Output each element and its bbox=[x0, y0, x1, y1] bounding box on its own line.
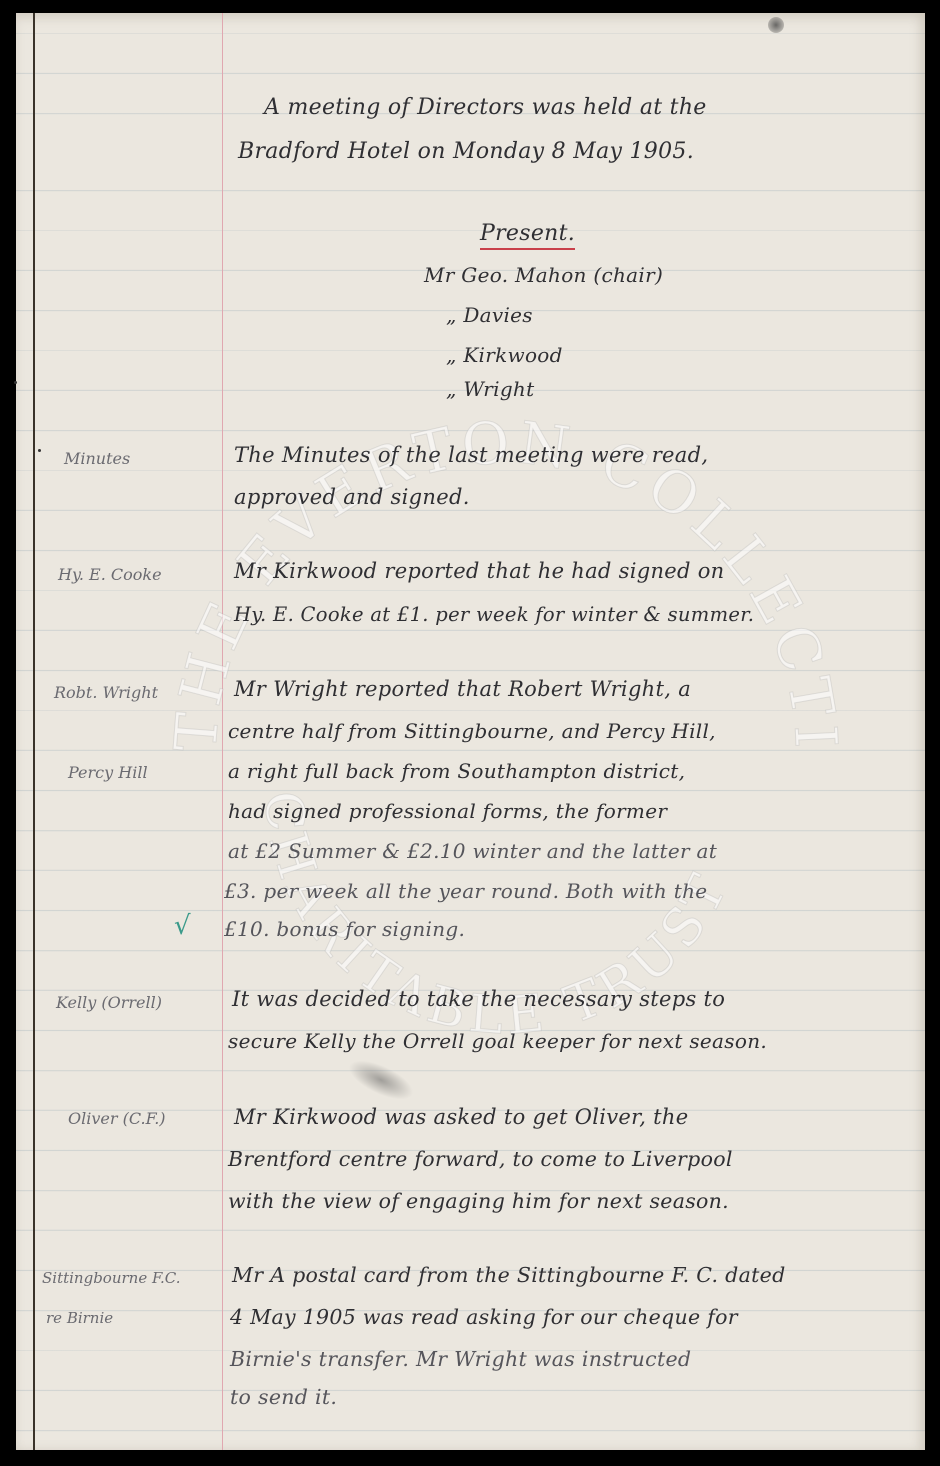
margin-note-re-birnie: re Birnie bbox=[46, 1309, 113, 1327]
red-margin-rule bbox=[222, 13, 223, 1450]
present-heading: Present. bbox=[480, 221, 575, 246]
entry-line: at £2 Summer & £2.10 winter and the latt… bbox=[228, 839, 717, 863]
margin-note-kelly: Kelly (Orrell) bbox=[56, 993, 162, 1012]
entry-line: approved and signed. bbox=[234, 485, 470, 509]
entry-line: secure Kelly the Orrell goal keeper for … bbox=[228, 1029, 767, 1053]
entry-line: Mr A postal card from the Sittingbourne … bbox=[232, 1263, 786, 1287]
entry-line: with the view of engaging him for next s… bbox=[228, 1189, 729, 1213]
margin-note-minutes: Minutes bbox=[64, 449, 130, 468]
check-mark-icon: √ bbox=[174, 911, 191, 941]
entry-line: to send it. bbox=[230, 1385, 337, 1409]
entry-line: It was decided to take the necessary ste… bbox=[232, 987, 725, 1011]
entry-line: £10. bonus for signing. bbox=[224, 917, 465, 941]
ink-dot bbox=[38, 449, 41, 452]
entry-line: a right full back from Southampton distr… bbox=[228, 759, 685, 783]
minute-book-page: THE EVERTON COLLECTION CHARITABLE TRUST … bbox=[16, 13, 925, 1450]
entry-line: Birnie's transfer. Mr Wright was instruc… bbox=[230, 1347, 691, 1371]
present-label: Present. bbox=[480, 221, 575, 250]
ink-smudge bbox=[343, 1053, 418, 1108]
entry-line: Mr Wright reported that Robert Wright, a bbox=[234, 677, 691, 701]
margin-note-cooke: Hy. E. Cooke bbox=[58, 565, 162, 584]
entry-line: had signed professional forms, the forme… bbox=[228, 799, 667, 823]
margin-note-sittingbourne: Sittingbourne F.C. bbox=[42, 1269, 181, 1287]
entry-line: centre half from Sittingbourne, and Perc… bbox=[228, 719, 716, 743]
attendee: „ Davies bbox=[446, 303, 533, 327]
entry-line: £3. per week all the year round. Both wi… bbox=[224, 879, 707, 903]
entry-line: Brentford centre forward, to come to Liv… bbox=[228, 1147, 733, 1171]
margin-note-robt-wright: Robt. Wright bbox=[54, 683, 158, 702]
entry-line: 4 May 1905 was read asking for our chequ… bbox=[230, 1305, 738, 1329]
attendee: Mr Geo. Mahon (chair) bbox=[424, 263, 663, 287]
entry-line: Mr Kirkwood was asked to get Oliver, the bbox=[234, 1105, 688, 1129]
ink-blot bbox=[768, 17, 784, 33]
attendee: „ Wright bbox=[446, 377, 534, 401]
ink-dot bbox=[14, 381, 17, 384]
entry-line: Mr Kirkwood reported that he had signed … bbox=[234, 559, 725, 583]
heading-line-2: Bradford Hotel on Monday 8 May 1905. bbox=[238, 139, 694, 164]
binding-edge bbox=[33, 13, 35, 1450]
heading-line-1: A meeting of Directors was held at the bbox=[264, 95, 707, 120]
entry-line: The Minutes of the last meeting were rea… bbox=[234, 443, 708, 467]
attendee: „ Kirkwood bbox=[446, 343, 563, 367]
entry-line: Hy. E. Cooke at £1. per week for winter … bbox=[234, 603, 754, 626]
margin-note-percy-hill: Percy Hill bbox=[68, 763, 148, 782]
margin-note-oliver: Oliver (C.F.) bbox=[68, 1109, 166, 1128]
